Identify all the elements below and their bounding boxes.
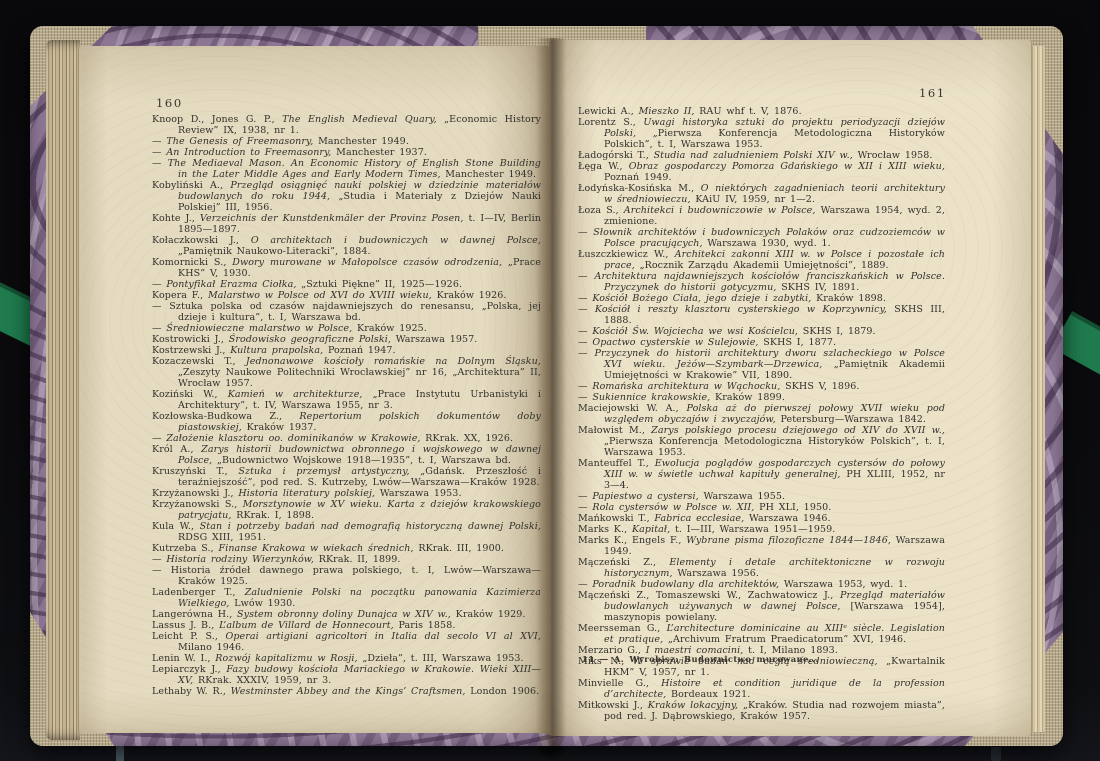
bibliography-entry: Łuszczkiewicz W., Architekci zakonni XII… [578,249,945,271]
bibliography-entry: Mączeński Z., Tomaszewski W., Zachwatowi… [578,590,945,623]
bibliography-entry: — Założenie klasztoru oo. dominikanów w … [152,433,541,444]
bibliography-entry: — An Introduction to Freemasonry, Manche… [152,147,541,158]
bibliography-entry: Lewicki A., Mieszko II, RAU whf t. V, 18… [578,106,945,117]
page-number-left: 160 [156,96,183,110]
bibliography-entry: — Kościół Św. Wojciecha we wsi Kościelcu… [578,326,945,337]
cradle-mark-right [991,747,1001,761]
bibliography-entry: Kopera F., Malarstwo w Polsce od XVI do … [152,290,541,301]
bibliography-entry: Ładogórski T., Studia nad zaludnieniem P… [578,150,945,161]
bibliography-entry: Kruszyński T., Sztuka i przemysł artysty… [152,466,541,488]
bibliography-entry: Meersseman G., L’architecture dominicain… [578,623,945,645]
bibliography-entry: Lethaby W. R., Westminster Abbey and the… [152,686,541,697]
bibliography-entry: — Romańska architektura w Wąchocku, SKHS… [578,381,945,392]
bibliography-entry: Mączeński Z., Elementy i detale architek… [578,557,945,579]
bibliography-entry: — Pontyfikał Erazma Ciołka, „Sztuki Pięk… [152,279,541,290]
bibliography-entry: Lepiarczyk J., Fazy budowy kościoła Mari… [152,664,541,686]
bibliography-entry: — Poradnik budowlany dla architektów, Wa… [578,579,945,590]
bibliography-entry: — Kościół Bożego Ciała, jego dzieje i za… [578,293,945,304]
bibliography-entry: Kozłowska-Budkowa Z., Repertorium polski… [152,411,541,433]
bibliography-entry: — Przyczynek do historii architektury dw… [578,348,945,381]
bibliography-entry: — Sztuka polska od czasów najdawniejszyc… [152,301,541,323]
bibliography-entry: — Słownik architektów i budowniczych Pol… [578,227,945,249]
page-edges-right [1030,46,1045,732]
bibliography-entry: Kobyliński A., Przegląd osiągnięć nauki … [152,180,541,213]
bibliography-entry: Lassus J. B., L’album de Villard de Honn… [152,620,541,631]
bibliography-entry: Leicht P. S., Operai artigiani agricolto… [152,631,541,653]
bibliography-entry: Król A., Zarys historii budownictwa obro… [152,444,541,466]
bibliography-entry: Kohte J., Verzeichnis der Kunstdenkmäler… [152,213,541,235]
bibliography-entry: — Historia źródeł dawnego prawa polskieg… [152,565,541,587]
bibliography-entry: — Kościół i reszty klasztoru cysterskieg… [578,304,945,326]
bibliography-entry: Kutrzeba S., Finanse Krakowa w wiekach ś… [152,543,541,554]
bibliography-entry: Kołaczkowski J., O architektach i budown… [152,235,541,257]
bibliography-entry: — Historia rodziny Wierzynków, RKrak. II… [152,554,541,565]
bibliography-list-right: Lewicki A., Mieszko II, RAU whf t. V, 18… [578,106,945,722]
page-edges-left [46,40,80,740]
bibliography-entry: — Rola cystersów w Polsce w. XII, PH XLI… [578,502,945,513]
bibliography-entry: Manteuffel T., Ewolucja poglądów gospoda… [578,458,945,491]
bibliography-entry: Lenin W. I., Rozwój kapitalizmu w Rosji,… [152,653,541,664]
bibliography-entry: Minvielle G., Histoire et condition juri… [578,678,945,700]
bibliography-entry: Koziński W., Kamień w architekturze, „Pr… [152,389,541,411]
bibliography-entry: Mitkowski J., Kraków lokacyjny, „Kraków.… [578,700,945,722]
bibliography-entry: Łęga W., Obraz gospodarczy Pomorza Gdańs… [578,161,945,183]
bibliography-entry: — The Genesis of Freemasonry, Manchester… [152,136,541,147]
running-title-footer: 11 — A. Wyrobisz: Budownictwo murowane..… [582,654,819,664]
bibliography-entry: Langerówna H., System obronny doliny Dun… [152,609,541,620]
bibliography-entry: Krzyżanowski J., Historia literatury pol… [152,488,541,499]
bibliography-entry: Knoop D., Jones G. P., The English Medie… [152,114,541,136]
bibliography-entry: Komornicki S., Dwory murowane w Małopols… [152,257,541,279]
page-number-right: 161 [919,86,946,100]
bibliography-entry: Mańkowski T., Fabrica ecclesiae, Warszaw… [578,513,945,524]
bibliography-entry: Łoza S., Architekci i budowniczowie w Po… [578,205,945,227]
bibliography-list-left: Knoop D., Jones G. P., The English Medie… [152,114,541,697]
bibliography-entry: — Architektura najdawniejszych kościołów… [578,271,945,293]
bibliography-entry: — Opactwo cysterskie w Sulejowie, SKHS I… [578,337,945,348]
bibliography-entry: Małowist M., Zarys polskiego procesu dzi… [578,425,945,458]
bibliography-entry: Kostrowicki J., Środowisko geograficzne … [152,334,541,345]
bibliography-entry: Kula W., Stan i potrzeby badań nad demog… [152,521,541,543]
bibliography-entry: Krzyżanowski S., Morsztynowie w XV wieku… [152,499,541,521]
book-photo: 160 161 Knoop D., Jones G. P., The Engli… [0,0,1100,761]
bibliography-entry: — The Mediaeval Mason. An Economic Histo… [152,158,541,180]
bibliography-entry: Kozaczewski T., Jednonawowe kościoły rom… [152,356,541,389]
bibliography-entry: Ladenberger T., Zaludnienie Polski na po… [152,587,541,609]
bibliography-entry: Marks K., Kapitał, t. I—III, Warszawa 19… [578,524,945,535]
bibliography-entry: Łodyńska-Kosińska M., O niektórych zagad… [578,183,945,205]
bibliography-entry: Lorentz S., Uwagi historyka sztuki do pr… [578,117,945,150]
bibliography-entry: — Średniowieczne malarstwo w Polsce, Kra… [152,323,541,334]
bibliography-entry: — Papiestwo a cystersi, Warszawa 1955. [578,491,945,502]
bibliography-entry: Marks K., Engels F., Wybrane pisma filoz… [578,535,945,557]
bibliography-entry: Kostrzewski J., Kultura prapolska, Pozna… [152,345,541,356]
bibliography-entry: Maciejowski W. A., Polska aż do pierwsze… [578,403,945,425]
bibliography-entry: — Sukiennice krakowskie, Kraków 1899. [578,392,945,403]
